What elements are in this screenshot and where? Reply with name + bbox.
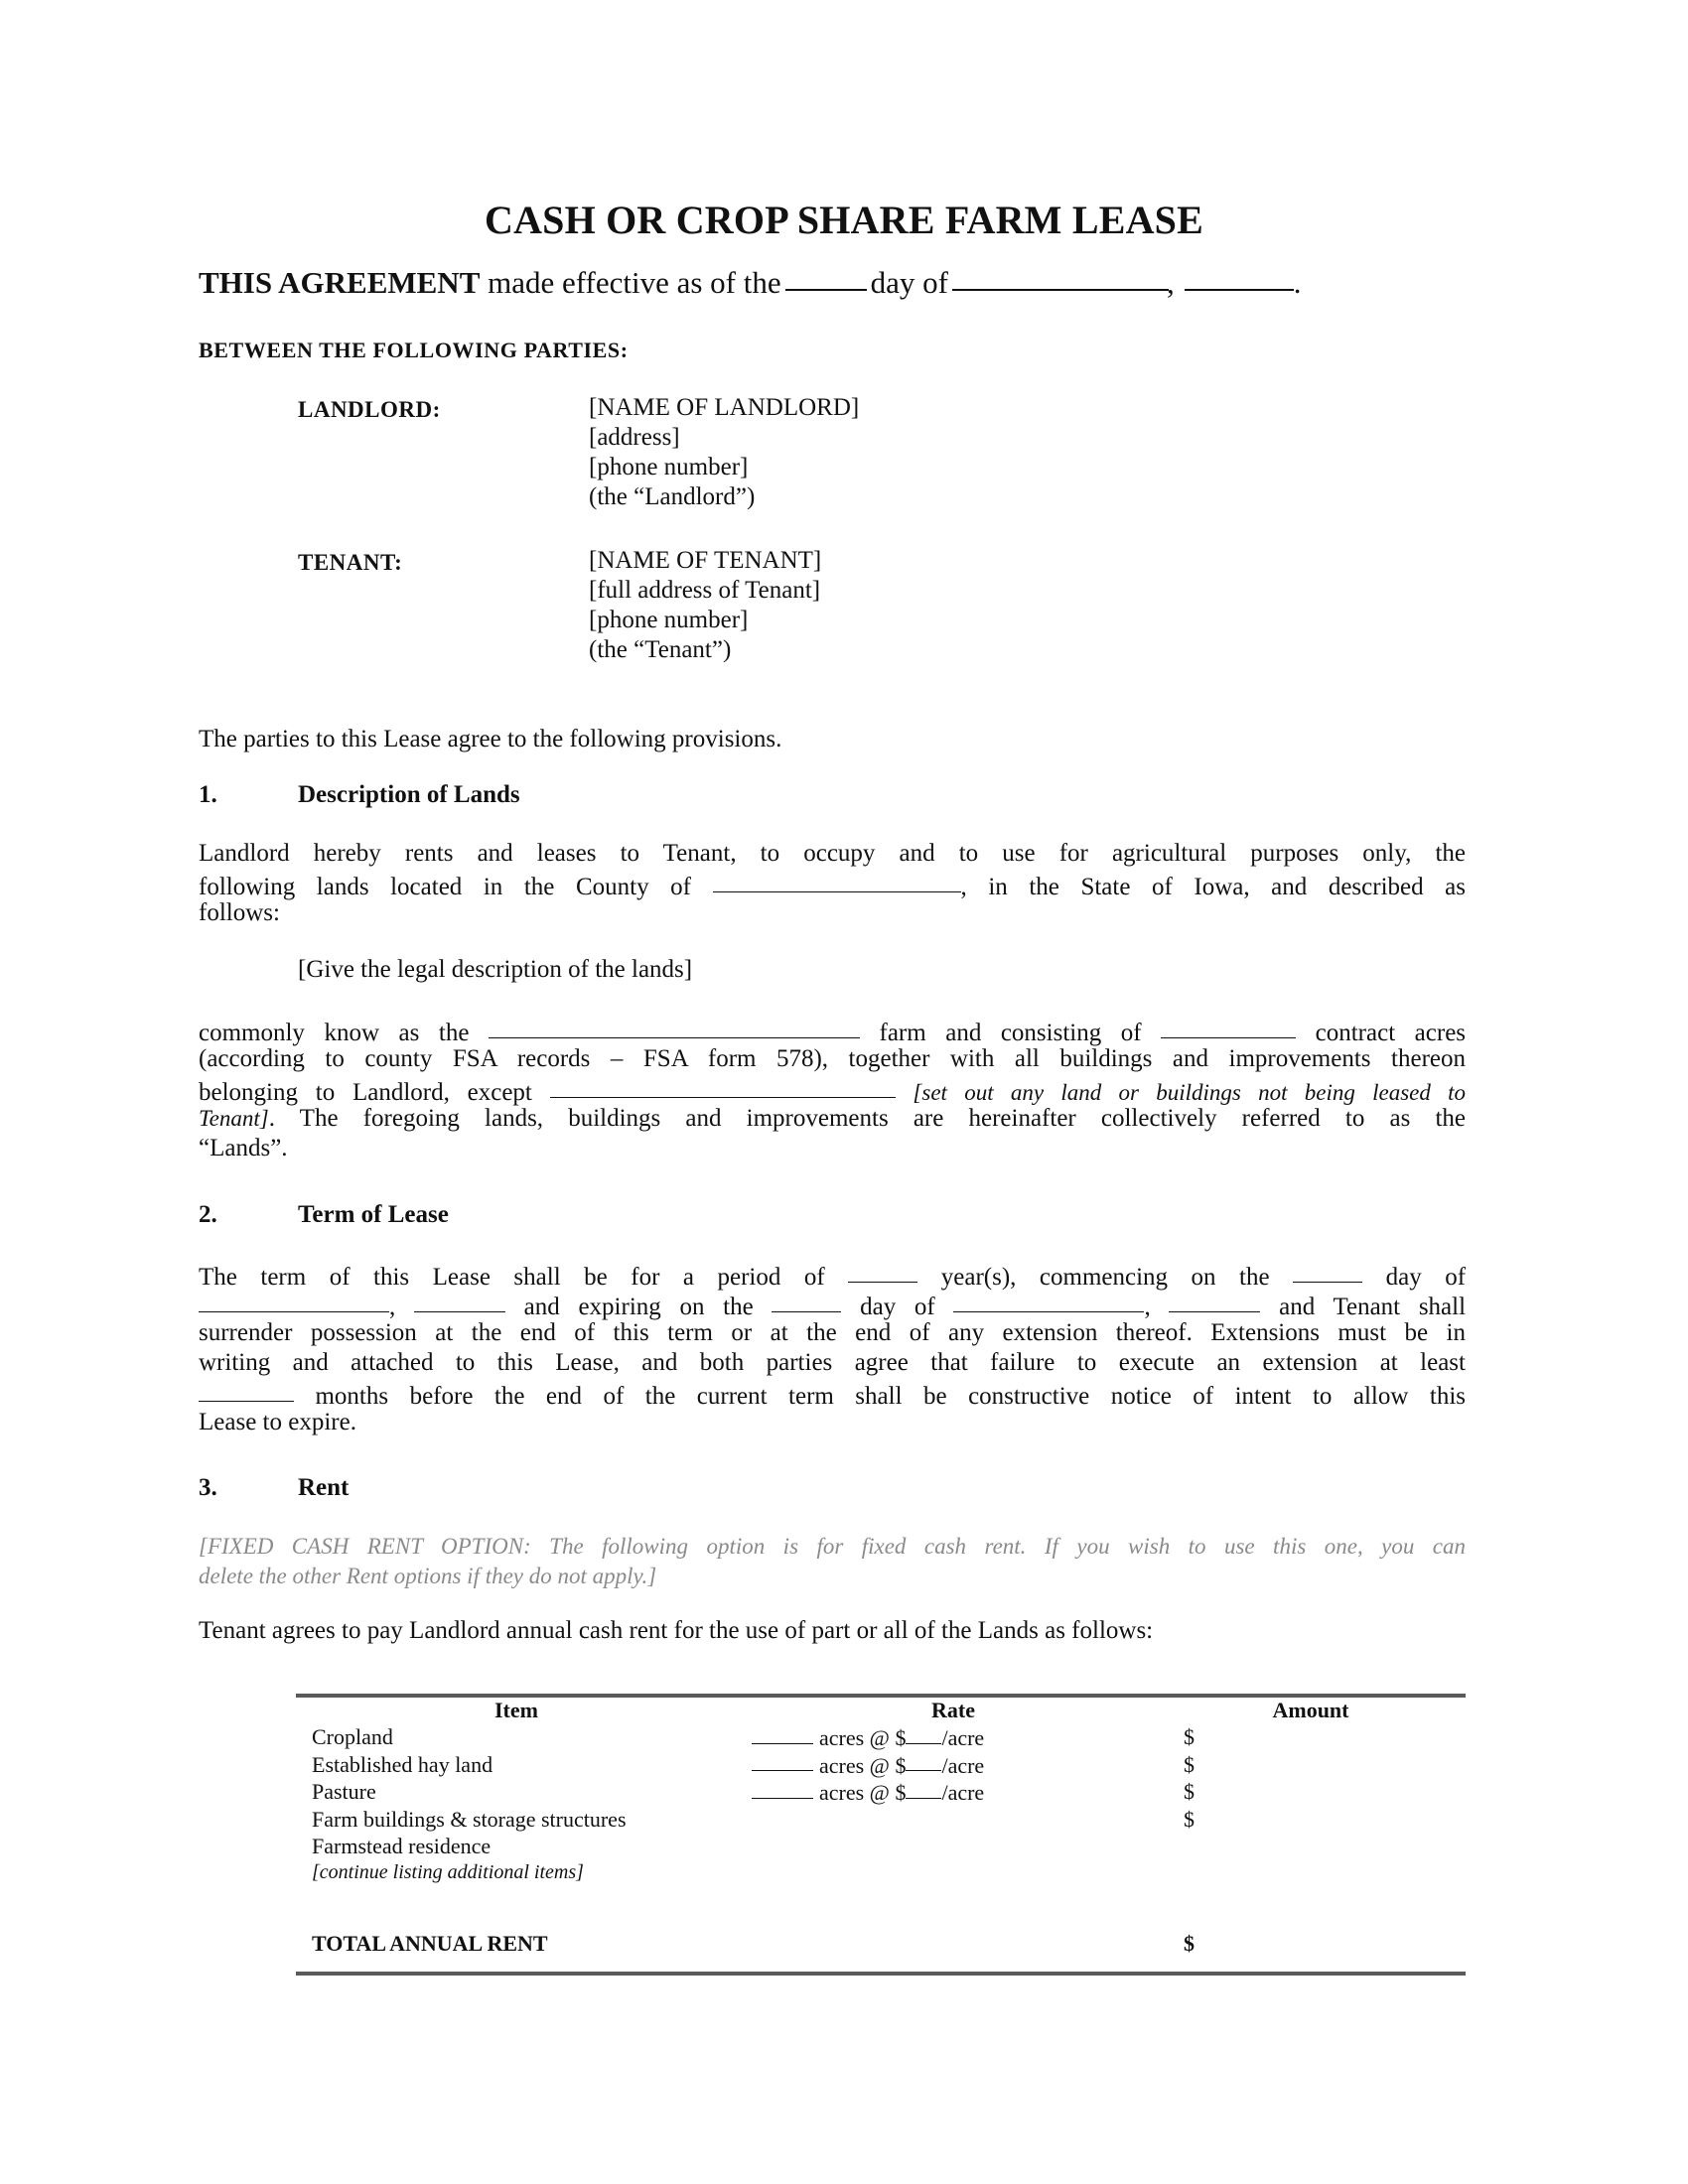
contract-acres-blank[interactable] <box>1161 1013 1296 1038</box>
section-3-number: 3. <box>199 1474 217 1502</box>
s2-line-2e: and Tenant shall <box>1279 1294 1466 1320</box>
table-row-rate: acres @ $/acre <box>752 1752 984 1779</box>
document-title: CASH OR CROP SHARE FARM LEASE <box>0 197 1688 243</box>
intro-text: The parties to this Lease agree to the f… <box>199 725 781 754</box>
s2-line-5: months before the end of the current ter… <box>199 1378 1466 1408</box>
total-amount[interactable]: $ <box>1184 1931 1195 1957</box>
notice-months-blank[interactable] <box>199 1376 294 1402</box>
s1p2-line-2: (according to county FSA records – FSA f… <box>199 1044 1466 1074</box>
s2-line-5b: months before the end of the current ter… <box>315 1383 1466 1410</box>
end-year-blank[interactable] <box>1169 1287 1260 1312</box>
landlord-details: [NAME OF LANDLORD] [address] [phone numb… <box>589 393 859 512</box>
s1p2-line-1b: farm and consisting of <box>880 1020 1142 1046</box>
landlord-defined-term: (the “Landlord”) <box>589 482 859 512</box>
table-row-rate: acres @ $/acre <box>752 1779 984 1806</box>
instruction-line-2: delete the other Rent options if they do… <box>199 1562 1466 1591</box>
agreement-lead: THIS AGREEMENT <box>199 265 480 300</box>
section-2-title: Term of Lease <box>298 1201 449 1229</box>
fixed-cash-rent-instruction: [FIXED CASH RENT OPTION: The following o… <box>199 1532 1466 1591</box>
s1p2-line-3: belonging to Landlord, except [set out a… <box>199 1074 1466 1104</box>
table-row-amount[interactable]: $ <box>1184 1779 1195 1805</box>
landlord-name: [NAME OF LANDLORD] <box>589 393 859 423</box>
s2-line-3: surrender possession at the end of this … <box>199 1318 1466 1348</box>
s1p2-line-1a: commonly know as the <box>199 1020 469 1046</box>
end-day-blank[interactable] <box>772 1287 841 1312</box>
table-row-item: [continue listing additional items] <box>312 1861 584 1884</box>
s1p2-line-5: “Lands”. <box>199 1134 1466 1163</box>
column-header-item: Item <box>467 1698 566 1723</box>
price-per-acre-blank[interactable] <box>906 1778 941 1799</box>
county-blank[interactable] <box>713 867 961 892</box>
tenant-phone: [phone number] <box>589 606 821 635</box>
agreement-line: THIS AGREEMENT made effective as of thed… <box>199 260 1301 301</box>
s1p1-line-2a: following lands located in the County of <box>199 874 691 900</box>
tenant-address: [full address of Tenant] <box>589 576 821 606</box>
s1p2-line-1c: contract acres <box>1316 1020 1466 1046</box>
agreement-text-2: day of <box>871 265 948 300</box>
section-2-number: 2. <box>199 1201 217 1229</box>
per-acre-text: /acre <box>941 1752 984 1777</box>
s1p1-line-3: follows: <box>199 898 1466 928</box>
column-header-rate: Rate <box>894 1698 1013 1723</box>
rate-text: acres @ $ <box>819 1780 906 1805</box>
tenant-details: [NAME OF TENANT] [full address of Tenant… <box>589 546 821 665</box>
s2-line-2a: , <box>389 1294 395 1320</box>
table-row-item: Established hay land <box>312 1752 492 1778</box>
acres-blank[interactable] <box>752 1751 813 1772</box>
table-row-item: Farmstead residence <box>312 1834 491 1859</box>
acres-blank[interactable] <box>752 1778 813 1799</box>
s1p1-line-1: Landlord hereby rents and leases to Tena… <box>199 839 1466 869</box>
exceptions-instruction-end: Tenant] <box>199 1106 269 1131</box>
tenant-defined-term: (the “Tenant”) <box>589 635 821 665</box>
start-month-blank[interactable] <box>199 1287 389 1312</box>
s2-line-2c: day of <box>860 1294 935 1320</box>
s1p2-line-3a: belonging to Landlord, except <box>199 1079 532 1106</box>
exceptions-blank[interactable] <box>550 1072 896 1098</box>
exceptions-instruction: [set out any land or buildings not being… <box>913 1080 1466 1105</box>
landlord-label: LANDLORD: <box>298 397 441 423</box>
section-1-title: Description of Lands <box>298 781 520 809</box>
table-bottom-rule <box>296 1972 1466 1976</box>
section-1-number: 1. <box>199 781 217 809</box>
table-row-item: Cropland <box>312 1724 393 1750</box>
legal-description-placeholder: [Give the legal description of the lands… <box>298 955 692 985</box>
s1p1-line-2b: , in the State of Iowa, and described as <box>961 874 1466 900</box>
landlord-phone: [phone number] <box>589 453 859 482</box>
s2-line-4: writing and attached to this Lease, and … <box>199 1348 1466 1378</box>
table-row-amount[interactable]: $ <box>1184 1807 1195 1833</box>
rate-text: acres @ $ <box>819 1725 906 1750</box>
agreement-end: . <box>1294 265 1302 300</box>
section-2-paragraph: The term of this Lease shall be for a pe… <box>199 1259 1466 1437</box>
table-row-rate: acres @ $/acre <box>752 1724 984 1751</box>
table-row-item: Pasture <box>312 1779 376 1805</box>
rate-text: acres @ $ <box>819 1752 906 1777</box>
between-heading: BETWEEN THE FOLLOWING PARTIES: <box>199 338 629 363</box>
month-blank[interactable] <box>952 258 1169 291</box>
term-years-blank[interactable] <box>848 1257 917 1283</box>
table-row-amount[interactable]: $ <box>1184 1724 1195 1750</box>
day-blank[interactable] <box>785 258 867 291</box>
rent-lead-text: Tenant agrees to pay Landlord annual cas… <box>199 1616 1153 1646</box>
section-1-paragraph-2: commonly know as the farm and consisting… <box>199 1015 1466 1163</box>
price-per-acre-blank[interactable] <box>906 1723 941 1744</box>
start-year-blank[interactable] <box>414 1287 505 1312</box>
column-header-amount: Amount <box>1251 1698 1370 1723</box>
per-acre-text: /acre <box>941 1725 984 1750</box>
s1p2-line-4b: . The foregoing lands, buildings and imp… <box>269 1105 1466 1132</box>
s2-line-2: , and expiring on the day of , and Tenan… <box>199 1289 1466 1318</box>
instruction-line-1: [FIXED CASH RENT OPTION: The following o… <box>199 1532 1466 1562</box>
per-acre-text: /acre <box>941 1780 984 1805</box>
s1p2-line-4: Tenant]. The foregoing lands, buildings … <box>199 1104 1466 1134</box>
acres-blank[interactable] <box>752 1723 813 1744</box>
s1p2-line-1: commonly know as the farm and consisting… <box>199 1015 1466 1044</box>
s2-line-6: Lease to expire. <box>199 1408 1466 1437</box>
landlord-address: [address] <box>589 423 859 453</box>
section-1-paragraph-1: Landlord hereby rents and leases to Tena… <box>199 839 1466 928</box>
farm-name-blank[interactable] <box>489 1013 860 1038</box>
s2-line-1c: day of <box>1386 1264 1466 1291</box>
year-blank[interactable] <box>1185 258 1294 291</box>
s2-line-2d: , <box>1144 1294 1150 1320</box>
price-per-acre-blank[interactable] <box>906 1751 941 1772</box>
total-label: TOTAL ANNUAL RENT <box>312 1931 548 1957</box>
start-day-blank[interactable] <box>1293 1257 1362 1283</box>
tenant-name: [NAME OF TENANT] <box>589 546 821 576</box>
table-row-amount[interactable]: $ <box>1184 1752 1195 1778</box>
section-3-title: Rent <box>298 1474 349 1502</box>
end-month-blank[interactable] <box>953 1287 1144 1312</box>
s2-line-1: The term of this Lease shall be for a pe… <box>199 1259 1466 1289</box>
s1p1-line-2: following lands located in the County of… <box>199 869 1466 898</box>
table-row-item: Farm buildings & storage structures <box>312 1807 627 1833</box>
s2-line-2b: and expiring on the <box>524 1294 754 1320</box>
agreement-text-1: made effective as of the <box>488 265 781 300</box>
tenant-label: TENANT: <box>298 550 402 576</box>
